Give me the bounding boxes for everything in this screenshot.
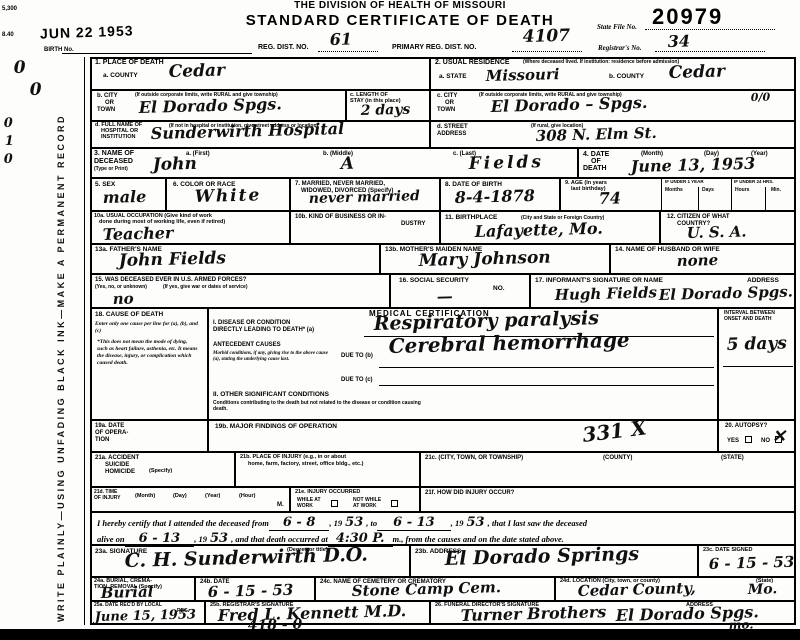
- spouse-value: none: [677, 251, 719, 270]
- reg-dist-value: 61: [330, 29, 353, 49]
- field-spouse-name: 14. NAME OF HUSBAND OR WIFE none: [610, 244, 796, 274]
- armed-note-2: (If yes, give war or dates of service): [163, 285, 247, 290]
- marital-value: never married: [309, 188, 420, 207]
- primary-reg-label: PRIMARY REG. DIST. NO.: [392, 44, 476, 52]
- due-to-b-label: DUE TO (b): [341, 353, 373, 359]
- operation-code-value: 331 X: [581, 415, 648, 447]
- injury-d-day: (Day): [173, 494, 187, 500]
- signature-value: C. H. Sunderwirth D.O.: [124, 544, 368, 572]
- injury-d-month: (Month): [135, 494, 155, 500]
- age-under1-header: IF UNDER 1 YEAR: [665, 180, 704, 185]
- field-age: 9. AGE (In years last birthday) 74 IF UN…: [560, 178, 796, 211]
- street-label-1: d. STREET: [437, 124, 468, 130]
- place-city-town: TOWN: [97, 107, 115, 113]
- field-burial-date: 24b. DATE 6 - 15 - 53: [195, 577, 315, 601]
- disease-label-2: DIRECTLY LEADING TO DEATH* (a): [213, 327, 314, 333]
- cause-label: 18. CAUSE OF DEATH: [95, 311, 163, 318]
- injury-e-not-2: AT WORK: [353, 504, 377, 509]
- field-marital-status: 7. MARRIED, NEVER MARRIED, WIDOWED, DIVO…: [290, 178, 440, 211]
- residence-city-or: OR: [445, 100, 454, 106]
- certify-text-1: I hereby certify that I attended the dec…: [97, 518, 269, 528]
- place-title: 1. PLACE OF DEATH: [95, 59, 164, 67]
- field-how-injury-occurred: 21f. HOW DID INJURY OCCUR?: [420, 487, 796, 512]
- field-major-findings: 19b. MAJOR FINDINGS OF OPERATION 331 X: [208, 420, 718, 452]
- field-mother-name: 13b. MOTHER'S MAIDEN NAME Mary Johnson: [380, 244, 610, 274]
- injury-e-label: 21e. INJURY OCCURRED: [295, 490, 360, 496]
- field-autopsy: 20. AUTOPSY? YES NO ✕: [718, 420, 796, 452]
- residence-city-scribble: 0/0: [751, 90, 771, 104]
- field-certification-statement: I hereby certify that I attended the dec…: [90, 512, 796, 545]
- field-citizen: 12. CITIZEN OF WHAT COUNTRY? U. S. A.: [660, 211, 796, 244]
- autopsy-x-mark-icon: ✕: [771, 427, 786, 447]
- burial-date-value: 6 - 15 - 53: [208, 581, 294, 601]
- residence-city-label: c. CITY: [437, 93, 457, 99]
- race-value: White: [194, 185, 261, 207]
- birthplace-value: Lafayette, Mo.: [475, 219, 604, 241]
- field-medical-certification: MEDICAL CERTIFICATION I. DISEASE OR COND…: [208, 308, 718, 420]
- field-interval-column: INTERVAL BETWEEN ONSET AND DEATH 5 days: [718, 308, 796, 420]
- birthplace-label: 11. BIRTHPLACE: [445, 214, 497, 221]
- dob-value: 8-4-1878: [455, 186, 536, 207]
- injury-a-label-2: SUICIDE: [105, 462, 129, 468]
- death-certificate-scan: WRITE PLAINLY—USING UNFADING BLACK INK—M…: [0, 0, 800, 640]
- cause-line-b-value: Cerebral hemorrhage: [388, 328, 630, 358]
- injury-a-label-3: HOMICIDE: [105, 469, 135, 475]
- marital-label-1: 7. MARRIED, NEVER MARRIED,: [295, 181, 385, 187]
- ssn-value: —: [437, 287, 453, 306]
- citizen-value: U. S. A.: [687, 222, 747, 242]
- due-to-c-label: DUE TO (c): [341, 377, 373, 383]
- autopsy-no-label: NO: [761, 438, 770, 444]
- place-city-label: b. CITY: [97, 93, 118, 99]
- field-color-or-race: 6. COLOR OR RACE White: [166, 178, 290, 211]
- street-value: 308 N. Elm St.: [536, 124, 657, 145]
- injury-c-state-label: (STATE): [721, 455, 744, 461]
- injury-b-label-2: home, farm, factory, street, office bldg…: [248, 462, 363, 468]
- age-hours-label: Hours: [735, 188, 749, 193]
- margin-scribble-4: 1: [5, 134, 14, 149]
- place-city-value: El Dorado Spgs.: [139, 94, 283, 117]
- field-residence-city: c. CITY OR TOWN (If outside corporate li…: [430, 90, 796, 121]
- operation-b-label: 19b. MAJOR FINDINGS OF OPERATION: [215, 423, 337, 430]
- business-label-2: DUSTRY: [401, 221, 425, 227]
- residence-county-label: b. COUNTY: [609, 73, 644, 80]
- place-county-value: Cedar: [168, 61, 225, 82]
- deceased-title-1: 3. NAME OF: [94, 150, 134, 158]
- injury-a-label-1: 21a. ACCIDENT: [95, 455, 139, 461]
- informant-name-value: Hugh Fields: [555, 283, 658, 304]
- armed-value: no: [113, 289, 134, 308]
- certify-text-7: , 19: [194, 534, 207, 544]
- received-date-stamp: JUN 22 1953: [40, 23, 134, 41]
- field-place-city: b. CITY OR TOWN (If outside corporate li…: [90, 90, 346, 121]
- signature-address-value: El Dorado Springs: [444, 543, 639, 570]
- age-value: 74: [599, 188, 622, 208]
- injury-a-note: (Specify): [149, 469, 172, 475]
- field-sex: 5. SEX male: [90, 178, 166, 211]
- field-ssn: 16. SOCIAL SECURITY NO. —: [390, 274, 530, 308]
- field-hospital: d. FULL NAME OF HOSPITAL OR INSTITUTION …: [90, 121, 430, 148]
- field-date-of-death: 4. DATE OF DEATH (Month) (Day) (Year) Ju…: [578, 148, 796, 178]
- field-physician-signature: 23a. SIGNATURE (Degree or title) C. H. S…: [90, 545, 410, 577]
- residence-state-value: Missouri: [486, 65, 560, 85]
- residence-state-label: a. STATE: [439, 73, 467, 80]
- certify-alive-year: 53: [207, 532, 231, 546]
- certify-from-date: 6 - 8: [269, 516, 330, 531]
- operation-a-label-3: TION: [95, 437, 109, 443]
- field-date-received: 25a. DATE REC'D BY LOCAL REG. June 15, 1…: [90, 601, 205, 625]
- ssn-label-2: NO.: [493, 285, 505, 292]
- other-conditions-note: Conditions contributing to the death but…: [213, 400, 433, 412]
- age-under24-header: IF UNDER 24 HRS.: [734, 180, 774, 185]
- injury-e-while-2: WORK: [297, 504, 313, 509]
- field-funeral-director: 26. FUNERAL DIRECTOR'S SIGNATURE ADDRESS…: [430, 601, 796, 625]
- disease-label-1: I. DISEASE OR CONDITION: [213, 320, 290, 326]
- date-signed-value: 6 - 15 - 53: [709, 553, 795, 573]
- field-father-name: 13a. FATHER'S NAME John Fields: [90, 244, 380, 274]
- field-birthplace: 11. BIRTHPLACE (City and State or Foreig…: [440, 211, 660, 244]
- occupation-value: Teacher: [103, 223, 174, 244]
- field-cemetery-name: 24c. NAME OF CEMETERY OR CREMATORY Stone…: [315, 577, 555, 601]
- dod-title-3: DEATH: [583, 165, 607, 173]
- margin-rule: [84, 57, 85, 625]
- field-date-of-operation: 19a. DATE OF OPERA- TION: [90, 420, 208, 452]
- field-physician-address: 23b. ADDRESS El Dorado Springs: [410, 545, 698, 577]
- stay-value: 2 days: [361, 102, 411, 119]
- cemetery-location-value: Cedar County,: [578, 579, 696, 600]
- age-min-label: Min.: [771, 188, 781, 193]
- registrar-no-label: Registrar's No.: [598, 45, 642, 53]
- citizen-label-1: 12. CITIZEN OF WHAT: [667, 214, 730, 220]
- operation-a-label-2: OF OPERA-: [95, 430, 128, 436]
- certify-text-9: m., from the causes and on the date stat…: [393, 534, 564, 544]
- state-file-number: 20979: [652, 5, 723, 29]
- injury-c-label: 21c. (CITY, TOWN, OR TOWNSHIP): [425, 455, 523, 461]
- autopsy-yes-checkbox: [745, 436, 752, 443]
- field-date-signed: 23c. DATE SIGNED 6 - 15 - 53: [698, 545, 796, 577]
- deceased-last-value: Fields: [468, 152, 544, 174]
- operation-a-label-1: 19a. DATE: [95, 423, 124, 429]
- injury-d-label-2: OF INJURY: [94, 496, 120, 501]
- field-accident-suicide-homicide: 21a. ACCIDENT SUICIDE HOMICIDE (Specify): [90, 452, 235, 487]
- place-city-or: OR: [105, 100, 114, 106]
- org-title: THE DIVISION OF HEALTH OF MISSOURI: [200, 1, 600, 12]
- certify-text-5: , that I last saw the deceased: [488, 518, 587, 528]
- autopsy-yes-label: YES: [727, 438, 739, 444]
- registrar-signature-value: Fred L. Kennett M.D.: [218, 601, 407, 625]
- print-code-bottom: 8.40: [2, 32, 14, 38]
- cemetery-value: Stone Camp Cem.: [352, 578, 502, 600]
- primary-reg-value: 4107: [522, 26, 570, 47]
- place-county-label: a. COUNTY: [103, 72, 138, 79]
- street-label-2: ADDRESS: [437, 131, 466, 137]
- hospital-value: Sunderwirth Hospital: [151, 119, 345, 143]
- antecedent-note: Morbid conditions, if any, giving rise t…: [213, 351, 333, 363]
- hospital-label-3: INSTITUTION: [101, 135, 136, 141]
- dod-value: June 13, 1953: [631, 154, 756, 176]
- residence-title: 2. USUAL RESIDENCE: [435, 59, 510, 67]
- field-occupation: 10a. USUAL OCCUPATION (Give kind of work…: [90, 211, 290, 244]
- ssn-label-1: 16. SOCIAL SECURITY: [399, 277, 469, 284]
- other-conditions-label: II. OTHER SIGNIFICANT CONDITIONS: [213, 391, 329, 398]
- margin-vertical-note: WRITE PLAINLY—USING UNFADING BLACK INK—M…: [56, 62, 66, 622]
- residence-city-value: El Dorado – Spgs.: [491, 93, 648, 116]
- deceased-title-2: DECEASED: [94, 158, 133, 166]
- certify-to-year: 53: [463, 516, 487, 530]
- field-cause-of-death-stub: 18. CAUSE OF DEATH Enter only one cause …: [90, 308, 208, 420]
- interval-header-2: ONSET AND DEATH: [724, 317, 772, 322]
- business-label-1: 10b. KIND OF BUSINESS OR IN-: [295, 214, 386, 220]
- certify-text-2: , 19: [329, 518, 342, 528]
- autopsy-label: 20. AUTOPSY?: [725, 423, 767, 429]
- margin-scribble-1: 0: [13, 58, 25, 78]
- field-injury-occurred: 21e. INJURY OCCURRED WHILE AT WORK NOT W…: [290, 487, 420, 512]
- state-file-label: State File No.: [597, 24, 637, 32]
- certify-to-date: 6 - 13: [377, 516, 451, 531]
- injury-f-label: 21f. HOW DID INJURY OCCUR?: [425, 490, 514, 496]
- date-received-value: June 15, 1953: [95, 607, 197, 625]
- field-usual-residence: 2. USUAL RESIDENCE (Where deceased lived…: [430, 57, 796, 90]
- age-days-label: Days: [702, 188, 714, 193]
- residence-city-town: TOWN: [437, 107, 455, 113]
- burial-value: Burial: [101, 583, 154, 602]
- armed-label: 15. WAS DECEASED EVER IN U.S. ARMED FORC…: [95, 277, 246, 283]
- margin-scribble-3: 0: [4, 116, 13, 131]
- injury-d-meridiem: M.: [277, 502, 284, 508]
- funeral-director-value: Turner Brothers: [461, 602, 607, 625]
- field-informant: 17. INFORMANT'S SIGNATURE OR NAME ADDRES…: [530, 274, 796, 308]
- deceased-type-note: (Type or Print): [94, 167, 128, 172]
- sex-value: male: [103, 187, 147, 207]
- certify-text-8: , and that death occurred at: [231, 534, 328, 544]
- interval-value: 5 days: [726, 333, 787, 355]
- field-cemetery-location: 24d. LOCATION (City, town, or county) (S…: [555, 577, 796, 601]
- injury-d-year: (Year): [205, 494, 220, 500]
- deceased-first-value: John: [152, 154, 197, 175]
- mother-value: Mary Johnson: [418, 248, 550, 271]
- print-code-top: 5,300: [2, 6, 17, 12]
- reg-dist-label: REG. DIST. NO.: [258, 44, 309, 52]
- field-time-of-injury: 21d. TIME OF INJURY (Month) (Day) (Year)…: [90, 487, 290, 512]
- cause-note-2: *This does not mean the mode of dying, s…: [97, 339, 199, 367]
- margin-scribble-5: 0: [4, 152, 13, 167]
- deceased-middle-value: A: [340, 154, 354, 174]
- cemetery-state-value: Mo.: [748, 581, 778, 598]
- informant-address-value: El Dorado Spgs.: [659, 282, 794, 304]
- certify-from-year: 53: [342, 516, 366, 530]
- registrar-no-value: 34: [668, 31, 691, 51]
- scan-bottom-bar: [0, 629, 800, 640]
- field-burial-type: 24a. BURIAL, CREMA- TION, REMOVAL (Speci…: [90, 577, 195, 601]
- antecedent-label: ANTECEDENT CAUSES: [213, 342, 281, 348]
- field-armed-forces: 15. WAS DECEASED EVER IN U.S. ARMED FORC…: [90, 274, 390, 308]
- cause-note-1: Enter only one cause per line for (a), (…: [95, 321, 201, 334]
- certify-text-4: , 19: [451, 518, 464, 528]
- injury-d-hour: (Hour): [239, 494, 256, 500]
- field-place-of-injury: 21b. PLACE OF INJURY (e.g., in or about …: [235, 452, 420, 487]
- field-injury-location: 21c. (CITY, TOWN, OR TOWNSHIP) (COUNTY) …: [420, 452, 796, 487]
- field-street-address: d. STREET ADDRESS (If rural, give locati…: [430, 121, 796, 148]
- field-registrar-signature: 25b. REGISTRAR'S SIGNATURE Fred L. Kenne…: [205, 601, 430, 625]
- field-place-of-death: 1. PLACE OF DEATH a. COUNTY Cedar: [90, 57, 430, 90]
- certify-text-3: , to: [366, 518, 377, 528]
- injury-c-county-label: (COUNTY): [603, 455, 632, 461]
- field-length-of-stay: c. LENGTH OF STAY (in this place) 2 days: [346, 90, 430, 121]
- father-value: John Fields: [118, 248, 226, 271]
- injury-while-checkbox: [331, 500, 338, 507]
- field-date-of-birth: 8. DATE OF BIRTH 8-4-1878: [440, 178, 560, 211]
- age-months-label: Months: [665, 188, 683, 193]
- injury-not-while-checkbox: [391, 500, 398, 507]
- field-business: 10b. KIND OF BUSINESS OR IN- DUSTRY: [290, 211, 440, 244]
- certify-text-6: alive on: [97, 534, 125, 544]
- margin-scribble-2: 0: [29, 80, 41, 100]
- residence-county-value: Cedar: [668, 62, 725, 83]
- field-name-of-deceased: 3. NAME OF DECEASED (Type or Print) a. (…: [90, 148, 578, 178]
